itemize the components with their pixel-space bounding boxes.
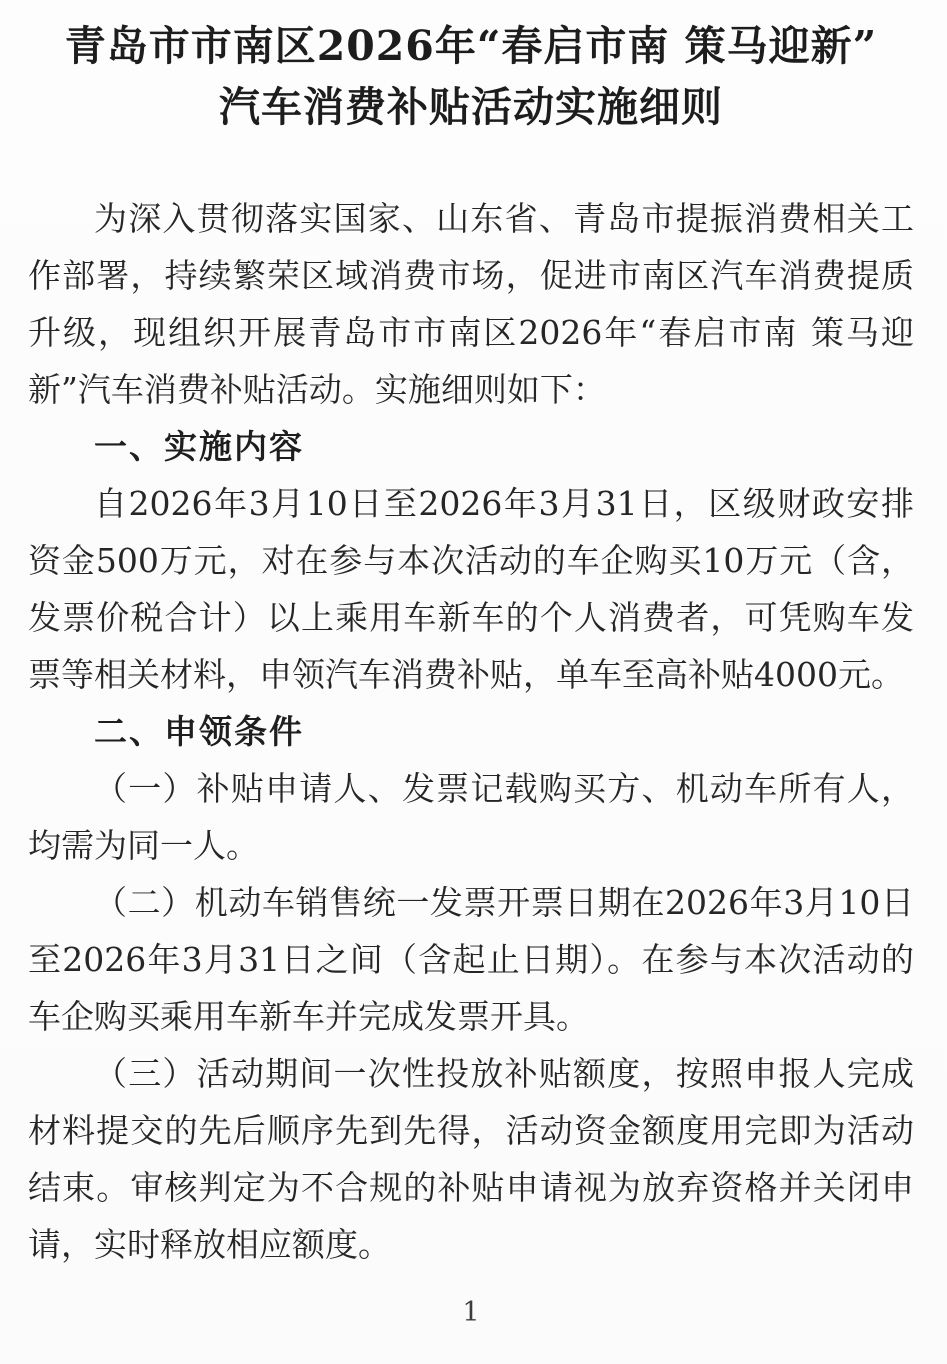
body-paragraph: 为深入贯彻落实国家、山东省、青岛市提振消费相关工作部署，持续繁荣区域消费市场，促…: [28, 190, 914, 418]
body-paragraph: （三）活动期间一次性投放补贴额度，按照申报人完成材料提交的先后顺序先到先得，活动…: [28, 1045, 914, 1273]
page-number: 1: [28, 1297, 914, 1328]
document-page: 青岛市市南区2026年“春启市南 策马迎新” 汽车消费补贴活动实施细则 为深入贯…: [0, 0, 947, 1364]
section-heading: 一、实施内容: [28, 418, 914, 475]
document-title-line-1: 青岛市市南区2026年“春启市南 策马迎新”: [28, 16, 914, 77]
body-paragraph: 自2026年3月10日至2026年3月31日，区级财政安排资金500万元，对在参…: [28, 475, 914, 703]
body-paragraph: （一）补贴申请人、发票记载购买方、机动车所有人，均需为同一人。: [28, 760, 914, 874]
document-title: 青岛市市南区2026年“春启市南 策马迎新” 汽车消费补贴活动实施细则: [28, 16, 914, 138]
body-paragraph: （二）机动车销售统一发票开票日期在2026年3月10日至2026年3月31日之间…: [28, 874, 914, 1045]
section-heading: 二、申领条件: [28, 703, 914, 760]
document-body: 为深入贯彻落实国家、山东省、青岛市提振消费相关工作部署，持续繁荣区域消费市场，促…: [28, 190, 914, 1273]
document-title-line-2: 汽车消费补贴活动实施细则: [28, 77, 914, 138]
